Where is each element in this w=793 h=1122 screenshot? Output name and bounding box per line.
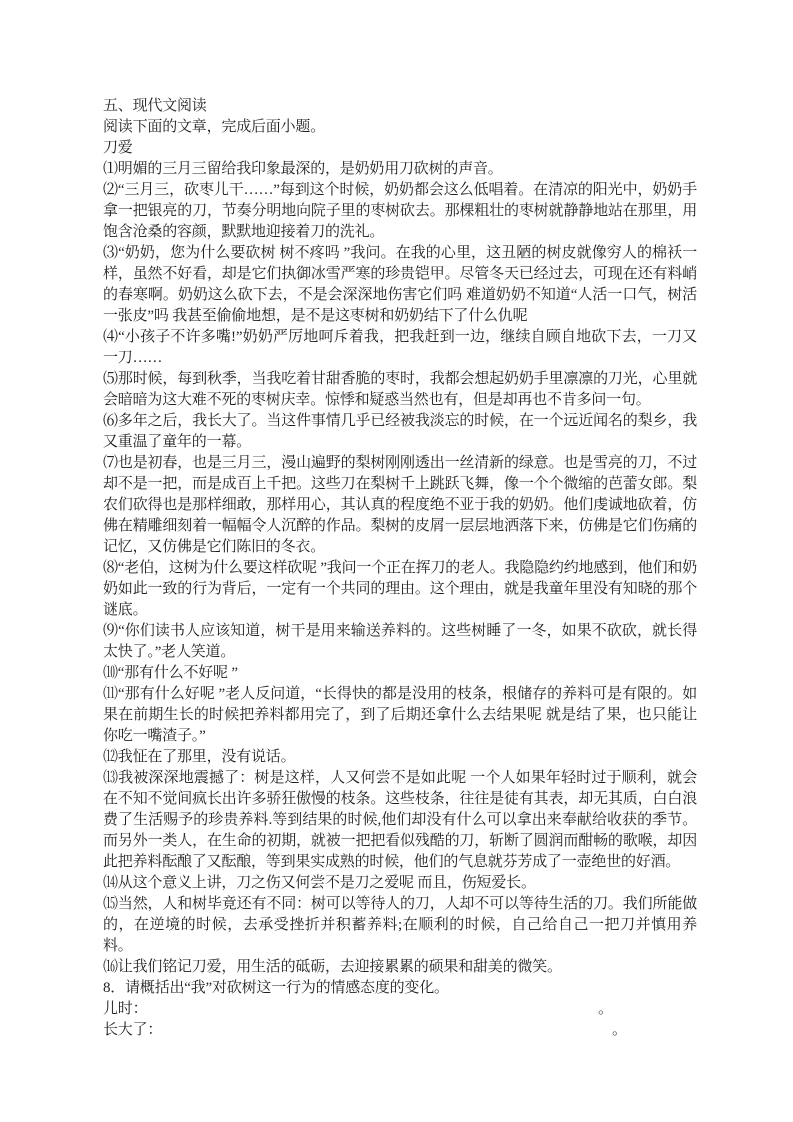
essay-paragraph-7: ⑺也是初春，也是三月三，漫山遍野的梨树刚刚透出一丝清新的绿意。也是雪亮的刀，不过… — [103, 453, 697, 558]
essay-paragraph-9: ⑼“你们读书人应该知道，树干是用来输送养料的。这些树睡了一冬，如果不砍砍，就长得… — [103, 621, 697, 663]
answer-line-childhood: 儿时： 。 — [103, 999, 697, 1020]
essay-paragraph-3: ⑶“奶奶，您为什么要砍树 树不疼吗 ”我问。在我的心里，这丑陋的树皮就像穷人的棉… — [103, 243, 697, 327]
essay-paragraph-2: ⑵“三月三，砍枣儿干……”每到这个时候，奶奶都会这么低唱着。在清凉的阳光中，奶奶… — [103, 180, 697, 243]
essay-paragraph-6: ⑹多年之后，我长大了。当这件事情几乎已经被我淡忘的时候，在一个远近闻名的梨乡，我… — [103, 411, 697, 453]
essay-paragraph-13: ⒀我被深深地震撼了：树是这样，人又何尝不是如此呢 一个人如果年轻时过于顺利，就会… — [103, 768, 697, 873]
essay-paragraph-12: ⑿我怔在了那里，没有说话。 — [103, 747, 697, 768]
essay-paragraph-11: ⑾“那有什么好呢 ”老人反问道，“长得快的都是没用的枝条，根储存的养料可是有限的… — [103, 684, 697, 747]
document-page: 五、现代文阅读 阅读下面的文章，完成后面小题。 刀爱 ⑴明媚的三月三留给我印象最… — [0, 0, 793, 1122]
instruction-text: 阅读下面的文章，完成后面小题。 — [103, 117, 697, 138]
answer-label-grown-up: 长大了： — [103, 1022, 162, 1038]
essay-paragraph-5: ⑸那时候，每到秋季，当我吃着甘甜香脆的枣时，我都会想起奶奶手里凛凛的刀光，心里就… — [103, 369, 697, 411]
answer-period: 。 — [612, 1020, 627, 1041]
essay-paragraph-4: ⑷“小孩子不许多嘴!”奶奶严厉地呵斥着我，把我赶到一边，继续自顾自地砍下去，一刀… — [103, 327, 697, 369]
essay-paragraph-1: ⑴明媚的三月三留给我印象最深的，是奶奶用刀砍树的声音。 — [103, 159, 697, 180]
essay-paragraph-8: ⑻“老伯，这树为什么要这样砍呢 ”我问一个正在挥刀的老人。我隐隐约约地感到，他们… — [103, 558, 697, 621]
answer-label-childhood: 儿时： — [103, 1001, 147, 1017]
answer-period: 。 — [598, 999, 613, 1020]
question-8-text: 8．请概括出“我”对砍树这一行为的情感态度的变化。 — [103, 978, 697, 999]
essay-paragraph-16: ⒃让我们铭记刀爱，用生活的砥砺，去迎接累累的硕果和甜美的微笑。 — [103, 957, 697, 978]
essay-paragraph-10: ⑽“那有什么不好呢 ” — [103, 663, 697, 684]
section-heading: 五、现代文阅读 — [103, 96, 697, 117]
essay-paragraph-14: ⒁从这个意义上讲，刀之伤又何尝不是刀之爱呢 而且，伤短爱长。 — [103, 873, 697, 894]
reading-passage: 五、现代文阅读 阅读下面的文章，完成后面小题。 刀爱 ⑴明媚的三月三留给我印象最… — [103, 96, 697, 1041]
essay-title: 刀爱 — [103, 138, 697, 159]
answer-line-grown-up: 长大了： 。 — [103, 1020, 697, 1041]
essay-paragraph-15: ⒂当然，人和树毕竟还有不同：树可以等待人的刀，人却不可以等待生活的刀。我们所能做… — [103, 894, 697, 957]
